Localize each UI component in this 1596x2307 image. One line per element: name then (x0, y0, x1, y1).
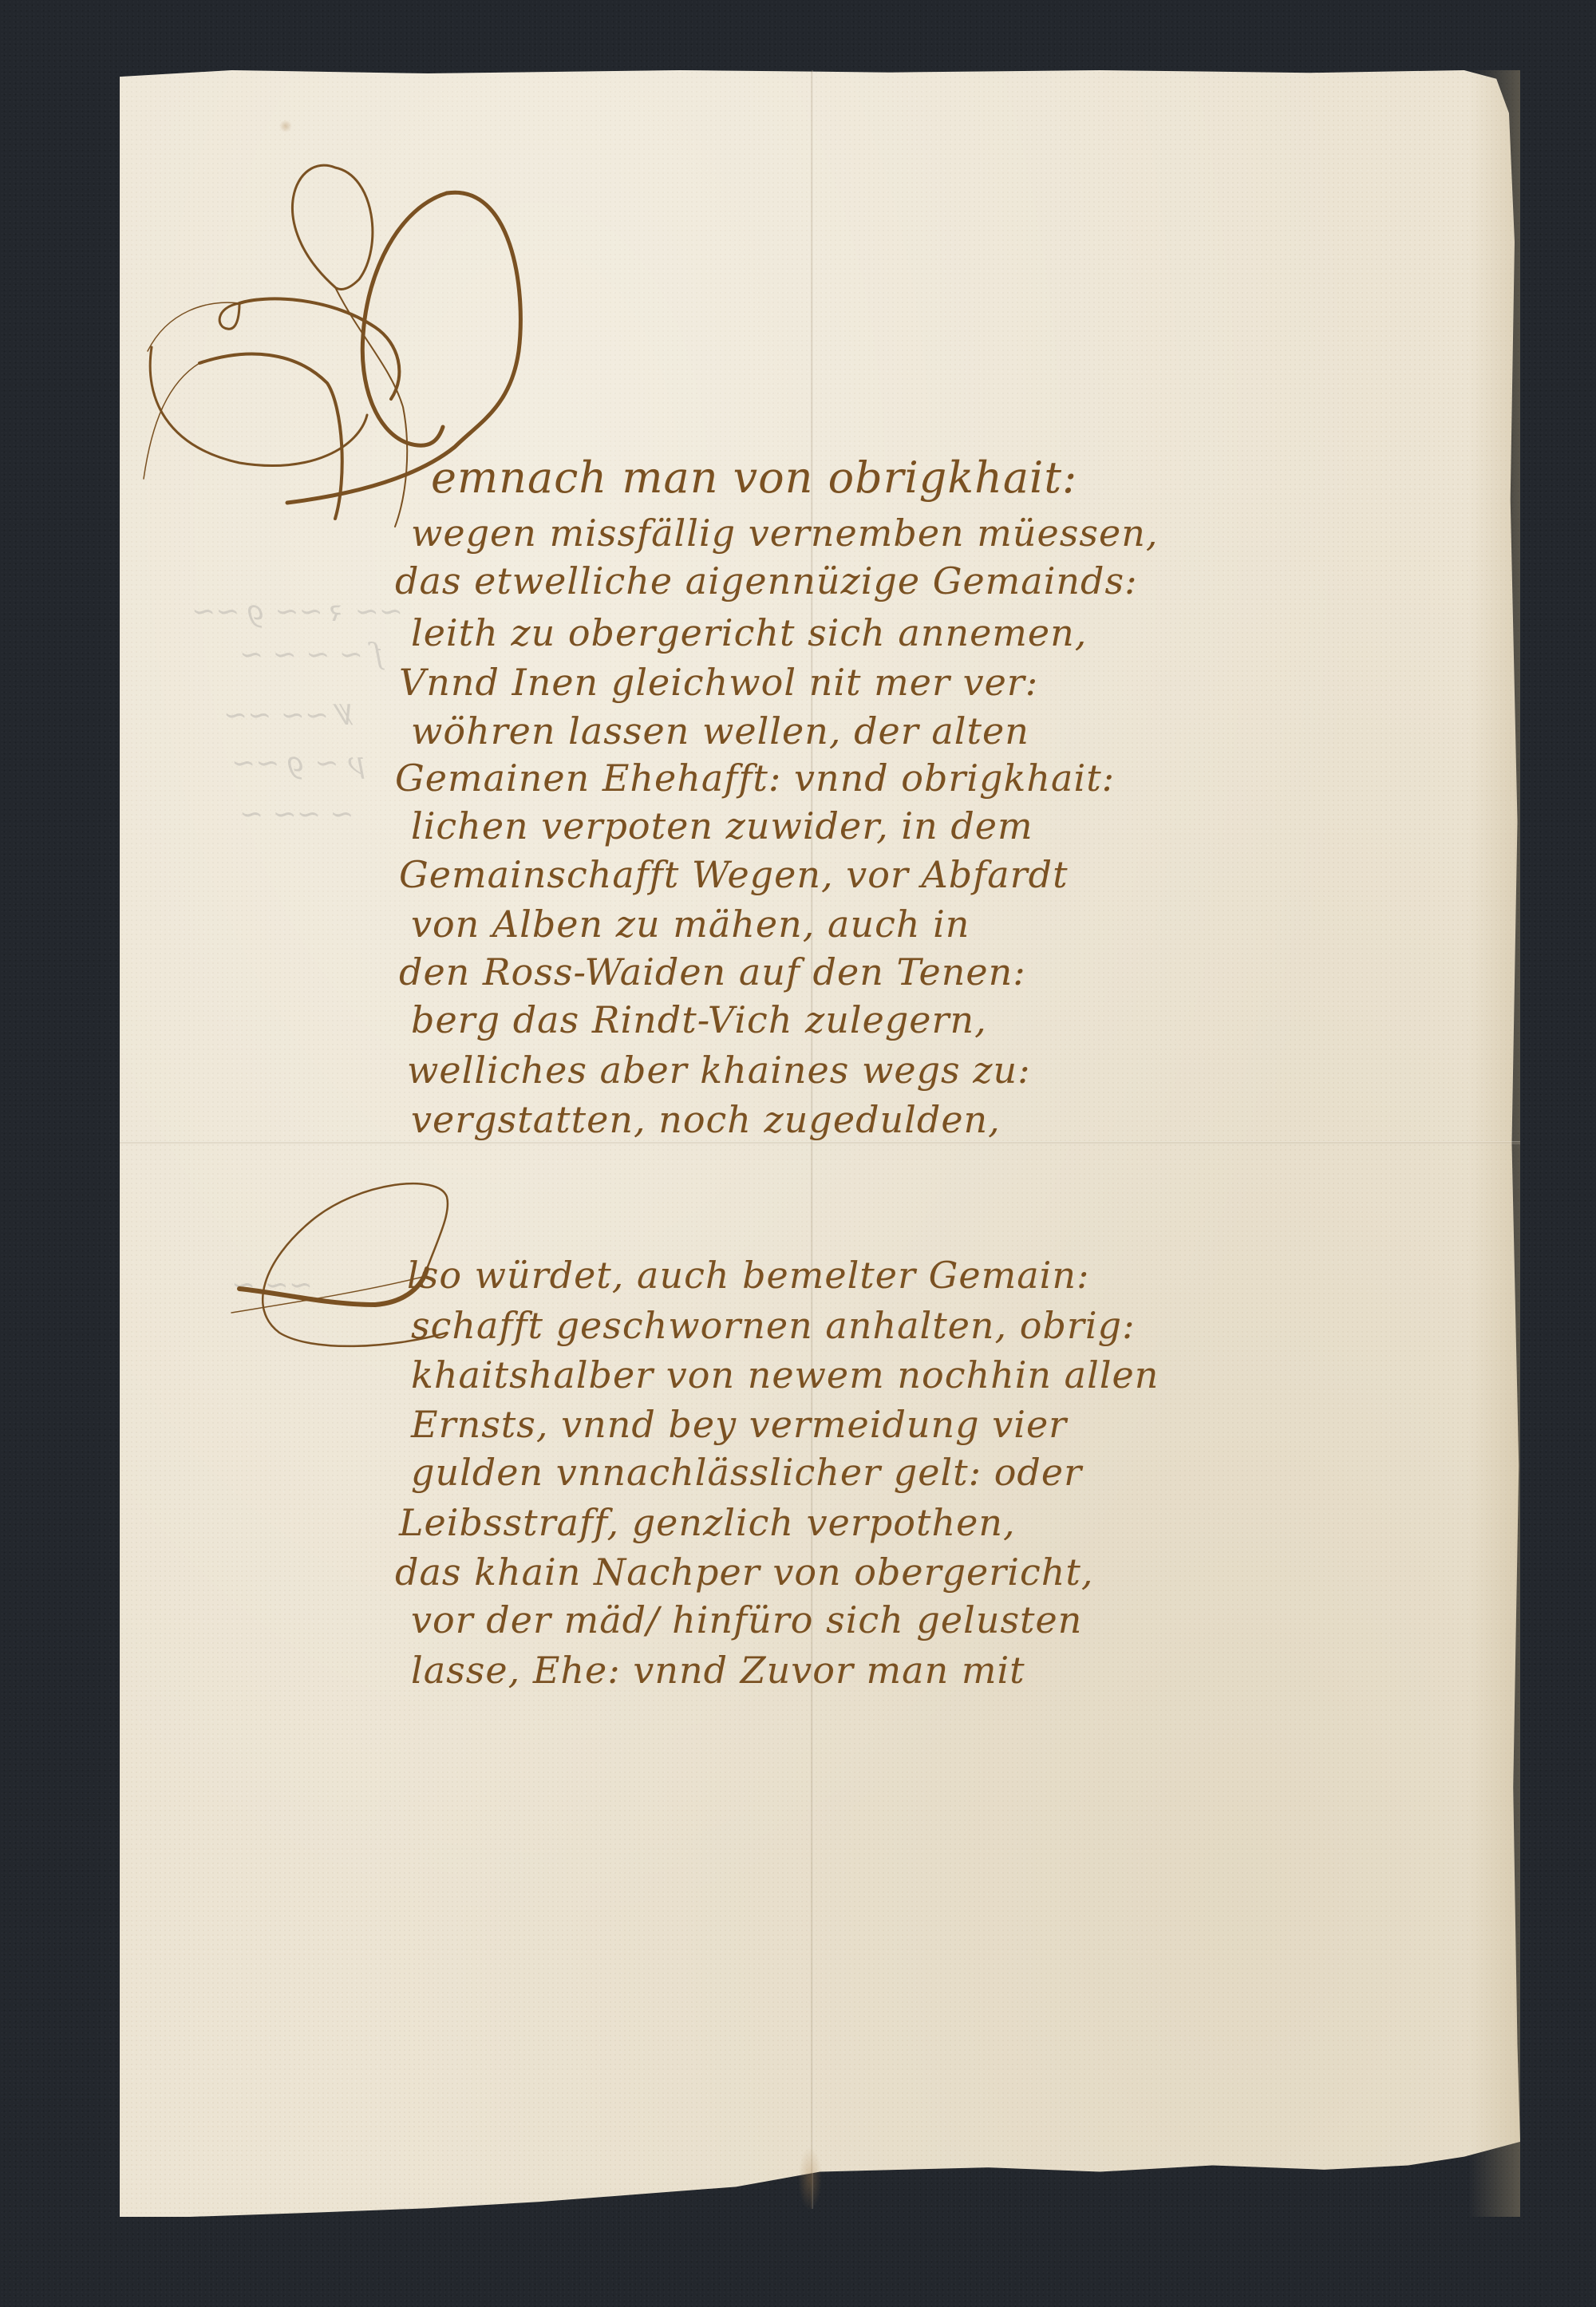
manuscript-line: gulden vnnachlässlicher gelt: oder (411, 1454, 1082, 1491)
manuscript-line: emnach man von obrigkhait: (431, 456, 1077, 500)
ink-stain (798, 2147, 822, 2210)
manuscript-line: welliches aber khaines wegs zu: (407, 1052, 1031, 1088)
manuscript-line: lso würdet, auch bemelter Gemain: (407, 1257, 1089, 1294)
manuscript-line: Vnnd Inen gleichwol nit mer ver: (399, 664, 1038, 701)
manuscript-line: das etwelliche aigennüzige Gemainds: (395, 563, 1138, 599)
manuscript-line: Gemainen Ehehafft: vnnd obrigkhait: (395, 760, 1115, 796)
manuscript-line: wöhren lassen wellen, der alten (411, 713, 1029, 749)
bleed-through-text: ~~ ꝛ ~~ ꝯ ~~ (192, 591, 403, 630)
manuscript-line: leith zu obergericht sich annemen, (411, 614, 1087, 651)
manuscript-line: vergstatten, noch zugedulden, (411, 1101, 1001, 1138)
bleed-through-text: ꝩ ~ ꝯ ~~ (231, 742, 365, 781)
manuscript-line: Leibsstraff, genzlich verpothen, (399, 1504, 1016, 1541)
manuscript-line: Gemainschafft Wegen, vor Abfardt (399, 856, 1069, 893)
manuscript-line: den Ross-Waiden auf den Tenen: (399, 954, 1026, 990)
manuscript-line: das khain Nachper von obergericht, (395, 1554, 1093, 1590)
manuscript-line: lichen verpoten zuwider, in dem (411, 808, 1033, 844)
horizontal-fold-line (120, 1141, 1520, 1144)
bleed-through-text: Ꝟ ~~ ~~ (223, 694, 355, 733)
bleed-through-text: ~ ~~ ~ (239, 798, 354, 831)
manuscript-line: vor der mäd/ hinfüro sich gelusten (411, 1602, 1082, 1638)
ink-stain (279, 120, 292, 132)
manuscript-line: khaitshalber von newem nochhin allen (411, 1357, 1159, 1393)
manuscript-line: berg das Rindt-Vich zulegern, (411, 1001, 987, 1038)
manuscript-line: lasse, Ehe: vnnd Zuvor man mit (411, 1652, 1025, 1689)
manuscript-line: schafft geschwornen anhalten, obrig: (411, 1307, 1136, 1344)
manuscript-line: Ernsts, vnnd bey vermeidung vier (411, 1406, 1067, 1443)
manuscript-line: von Alben zu mähen, auch in (411, 906, 970, 942)
bleed-through-text: ſ ~ ~ ~ ~ (239, 638, 383, 671)
manuscript-line: wegen missfällig vernemben müessen, (411, 515, 1158, 551)
